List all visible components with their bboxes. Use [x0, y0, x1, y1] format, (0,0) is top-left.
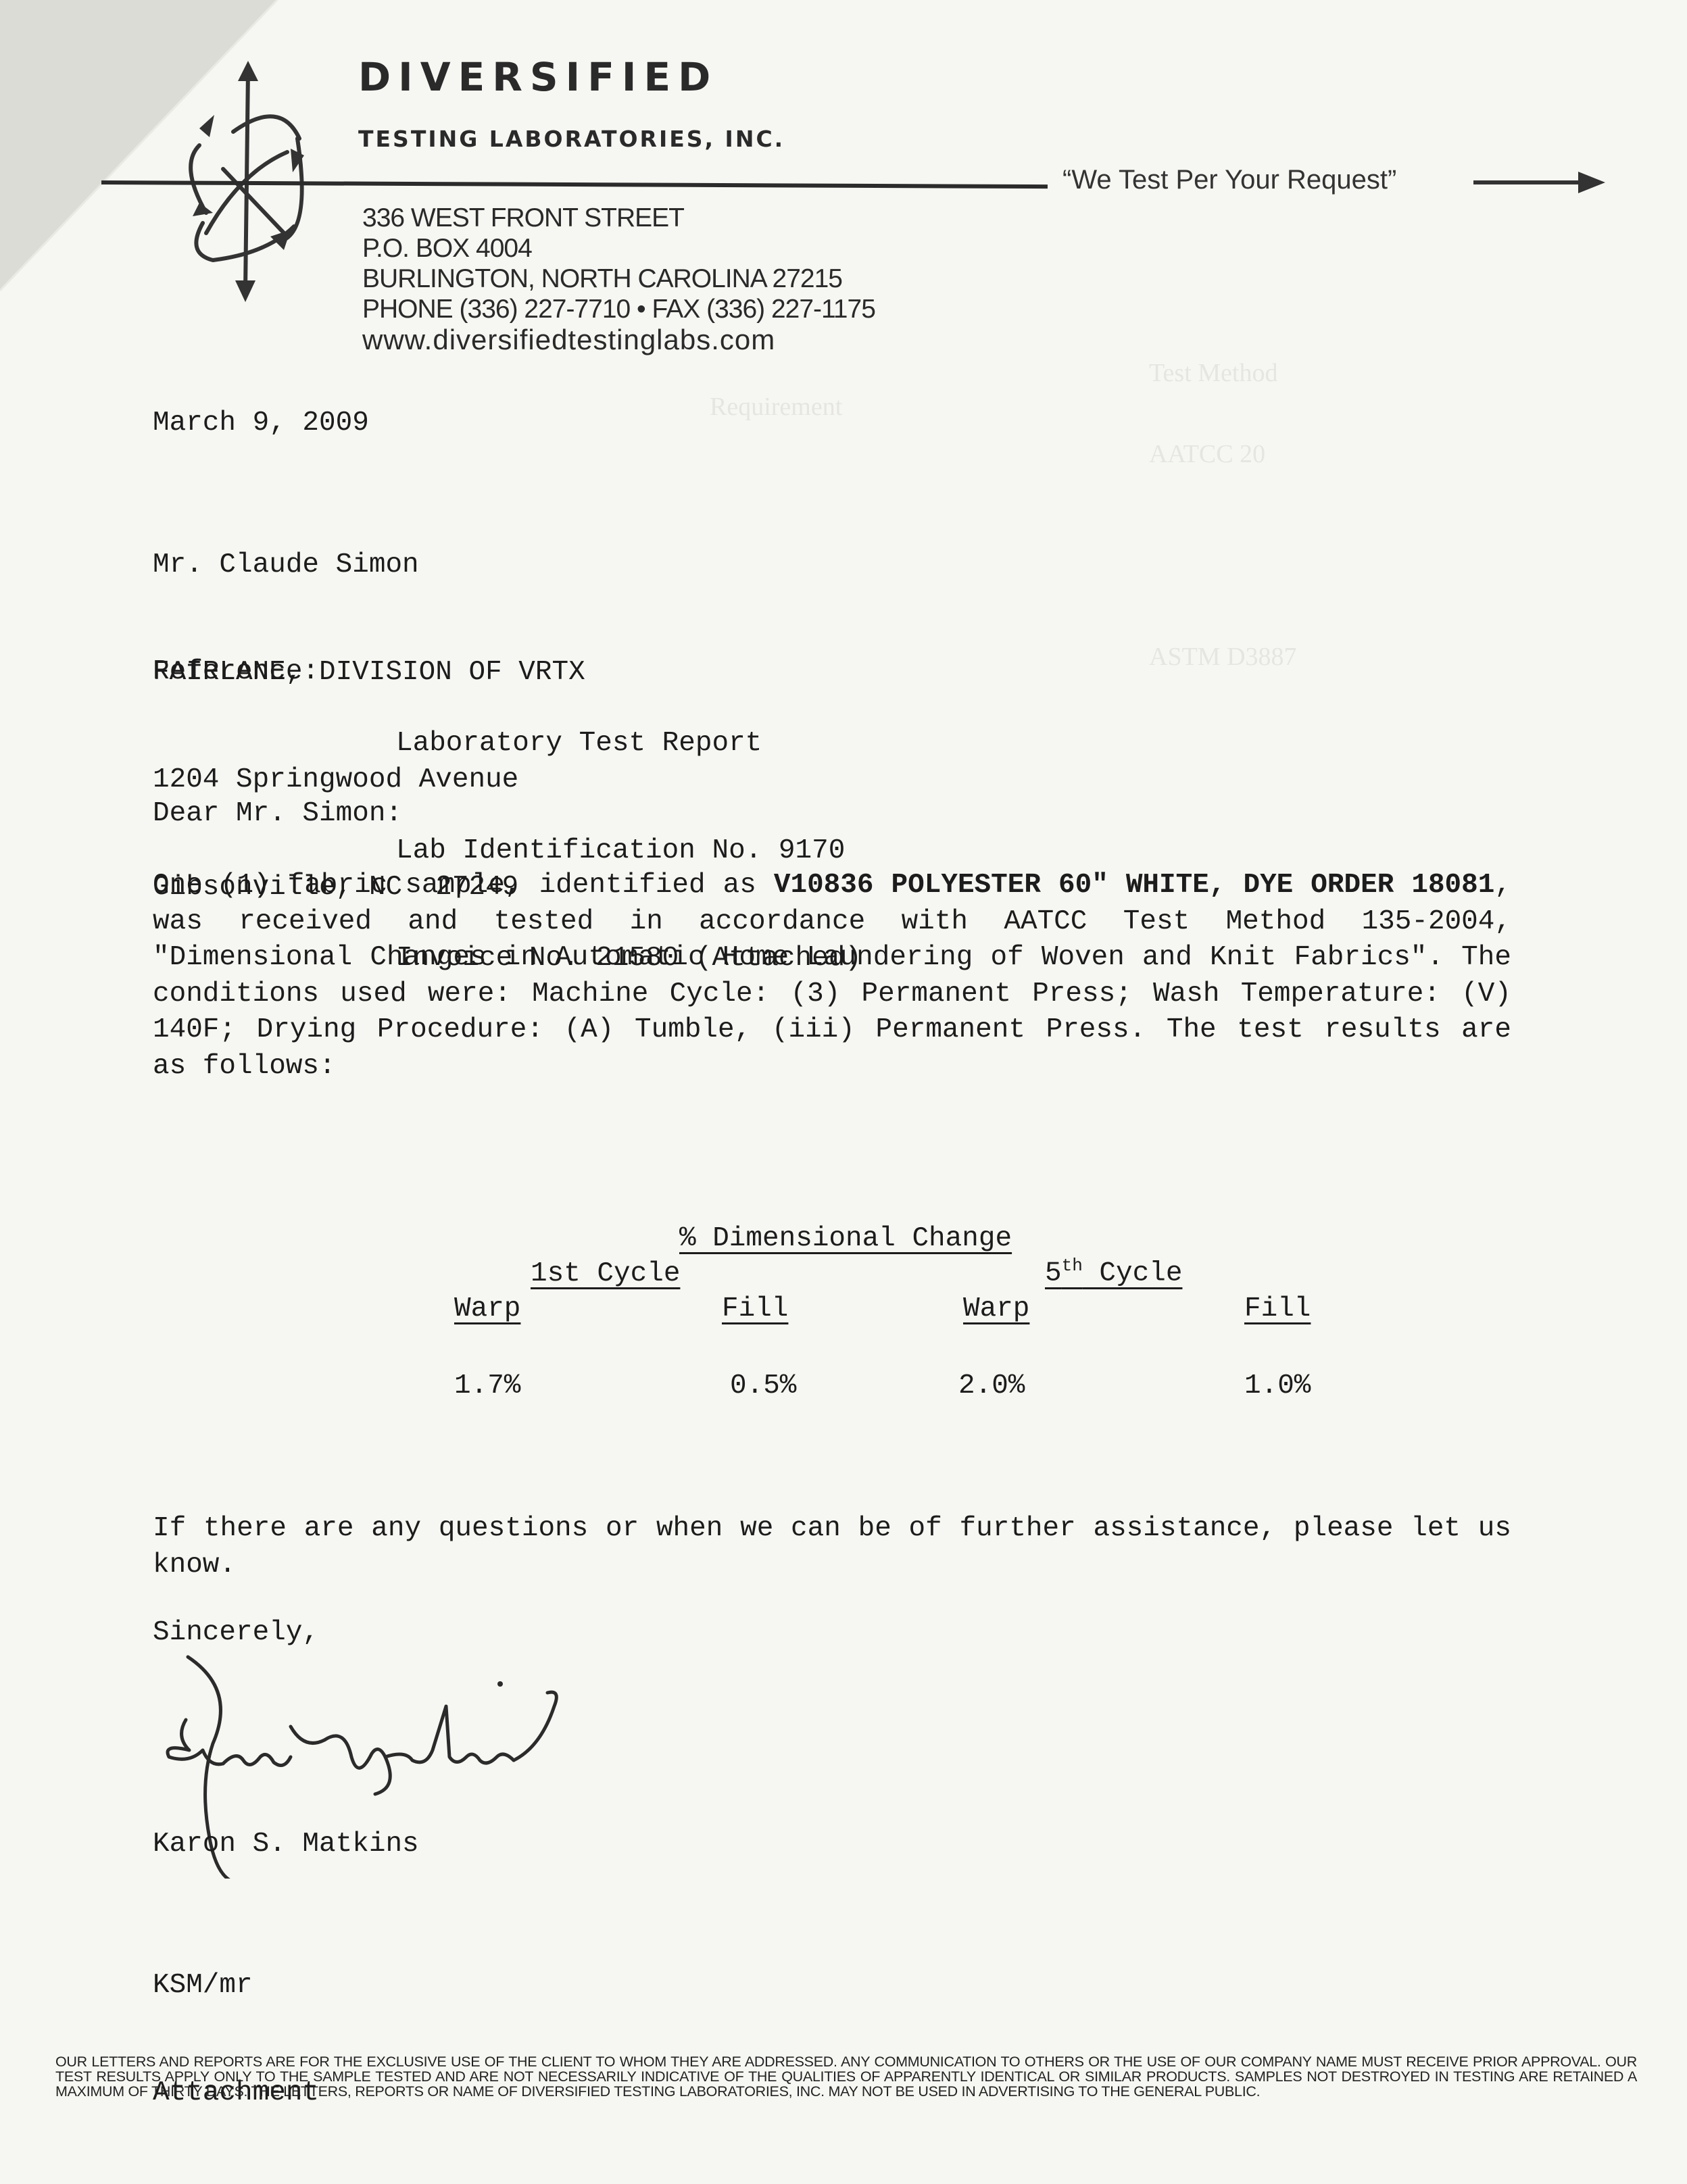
reference-line: Laboratory Test Report — [396, 726, 862, 762]
body-text: , was received and tested in accordance … — [153, 870, 1511, 1082]
signer-name: Karon S. Matkins — [153, 1827, 419, 1862]
column-header-fill: Fill — [1244, 1293, 1311, 1324]
body-paragraph: One (1) fabric sample, identified as V10… — [153, 868, 1511, 1085]
value-5th-fill: 1.0% — [1244, 1370, 1311, 1401]
company-address: 336 WEST FRONT STREET P.O. BOX 4004 BURL… — [362, 203, 875, 355]
column-header-warp: Warp — [454, 1293, 520, 1324]
bleed-through-text: ASTM D3887 — [1149, 642, 1297, 672]
column-header-warp: Warp — [963, 1293, 1029, 1324]
group-header-5th-cycle: 5th Cycle — [1045, 1256, 1182, 1289]
results-title: % Dimensional Change — [679, 1223, 1012, 1254]
company-name: DIVERSIFIED — [358, 54, 718, 100]
address-line: 336 WEST FRONT STREET — [362, 203, 875, 233]
reference-line: Lab Identification No. 9170 — [396, 833, 862, 869]
arrow-right-icon — [1473, 169, 1605, 196]
phone-fax-line: PHONE (336) 227-7710 • FAX (336) 227-117… — [362, 294, 875, 324]
letter-date: March 9, 2009 — [153, 405, 369, 441]
body-intro: One (1) fabric sample, identified as — [153, 870, 774, 901]
company-subtitle: TESTING LABORATORIES, INC. — [358, 126, 785, 152]
sign-off: Sincerely, — [153, 1615, 319, 1651]
company-tagline: “We Test Per Your Request” — [1062, 165, 1396, 195]
value-1st-warp: 1.7% — [454, 1370, 520, 1401]
bleed-through-text: Test Method — [1149, 358, 1277, 388]
bleed-through-text: Requirement — [710, 392, 842, 422]
bleed-through-text: AATCC 20 — [1149, 439, 1265, 469]
sample-identifier: V10836 POLYESTER 60″ WHITE, DYE ORDER 18… — [774, 870, 1495, 901]
value-5th-warp: 2.0% — [958, 1370, 1025, 1401]
column-header-fill: Fill — [722, 1293, 788, 1324]
footer-disclaimer: OUR LETTERS AND REPORTS ARE FOR THE EXCL… — [55, 2054, 1637, 2099]
typist-initials-block: KSM/mr Attachment — [153, 1896, 319, 2147]
typist-initials: KSM/mr — [153, 1968, 319, 2004]
value-1st-fill: 0.5% — [730, 1370, 796, 1401]
address-line: P.O. BOX 4004 — [362, 233, 875, 264]
results-table: % Dimensional Change 1st Cycle 5th Cycle… — [406, 1223, 1392, 1406]
closing-paragraph: If there are any questions or when we ca… — [153, 1511, 1511, 1583]
group-header-1st-cycle: 1st Cycle — [531, 1258, 680, 1289]
website-link[interactable]: www.diversifiedtestinglabs.com — [362, 324, 875, 355]
reference-label: Reference: — [153, 654, 319, 690]
recipient-name: Mr. Claude Simon — [153, 547, 585, 583]
salutation: Dear Mr. Simon: — [153, 796, 402, 832]
address-line: BURLINGTON, NORTH CAROLINA 27215 — [362, 264, 875, 294]
